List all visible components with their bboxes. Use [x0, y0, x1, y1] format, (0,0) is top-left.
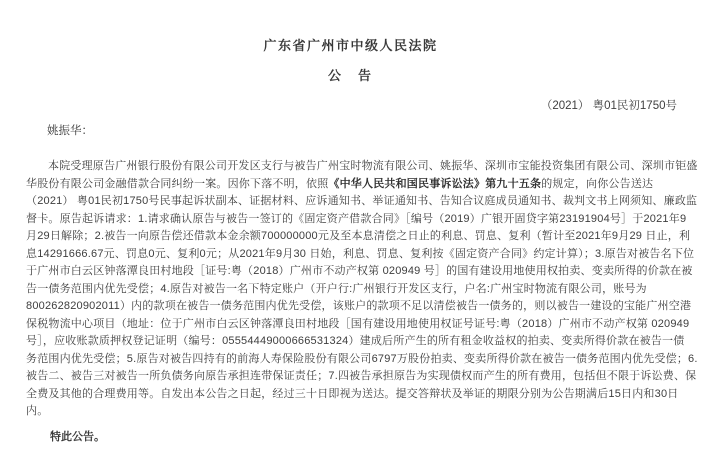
body-line: 内。: [26, 403, 689, 421]
body-line: 号］，应收账款质押权登记证明（编号：05554449000666531324）建…: [26, 333, 689, 351]
court-name: 广东省广州市中级人民法院: [0, 0, 701, 54]
court-notice-document: 广东省广州市中级人民法院 公 告 （2021） 粤01民初1750号 姚振华： …: [0, 0, 701, 453]
body-line: 月29日解除；2.被告一向原告偿还借款本金余额700000000元及至本息清偿之…: [26, 228, 689, 246]
notice-body: 本院受理原告广州银行股份有限公司开发区支行与被告广州宝时物流有限公司、姚振华、深…: [26, 158, 689, 421]
body-line: 督卡。原告起诉请求：1.请求确认原告与被告一签订的《固定资产借款合同》［编号（2…: [26, 211, 689, 229]
body-line: 务范围内优先受偿；5.原告对被告四持有的前海人寿保险股份有限公司6797万股份拍…: [26, 351, 689, 369]
body-line: 被告二、被告三对被告一所负债务向原告承担连带保证责任；7.四被告承担原告为实现债…: [26, 368, 689, 386]
body-line-segment: 的规定，向你公告送达: [541, 178, 653, 190]
body-line: 全费及其他的合理费用等。自发出本公告之日起，经过三十日即视为送达。提交答辩状及举…: [26, 386, 689, 404]
body-line: 本院受理原告广州银行股份有限公司开发区支行与被告广州宝时物流有限公司、姚振华、深…: [26, 158, 689, 176]
body-line: 华股份有限公司金融借款合同纠纷一案。因你下落不明，依照《中华人民共和国民事诉讼法…: [26, 176, 689, 194]
body-line: 息14291666.67元、罚息0元、复利0元；从2021年9月30 日始，利息…: [26, 246, 689, 264]
closing-statement: 特此公告。: [50, 429, 701, 447]
body-line: （2021） 粤01民初1750号民事起诉状副本、证据材料、应诉通知书、举证通知…: [26, 193, 689, 211]
body-line: 800262820902011）内的款项在被告一债务范围内优先受偿，该账户的款项…: [26, 298, 689, 316]
body-line: 于广州市白云区钟落潭良田村地段［证号:粤（2018）广州市不动产权第 02094…: [26, 263, 689, 281]
body-line: 告一债务范围内优先受偿；4.原告对被告一名下特定账户（开户行:广州银行开发区支行…: [26, 281, 689, 299]
body-line-segment: 华股份有限公司金融借款合同纠纷一案。因你下落不明，依照: [26, 178, 328, 190]
recipient-name: 姚振华：: [47, 124, 701, 139]
document-title: 公 告: [0, 68, 701, 84]
law-reference: 《中华人民共和国民事诉讼法》第九十五条: [328, 178, 541, 190]
case-number: （2021） 粤01民初1750号: [0, 99, 701, 114]
body-line: 保税物流中心项目（地址：位于广州市白云区钟落潭良田村地段［国有建设用地使用权证号…: [26, 316, 689, 334]
